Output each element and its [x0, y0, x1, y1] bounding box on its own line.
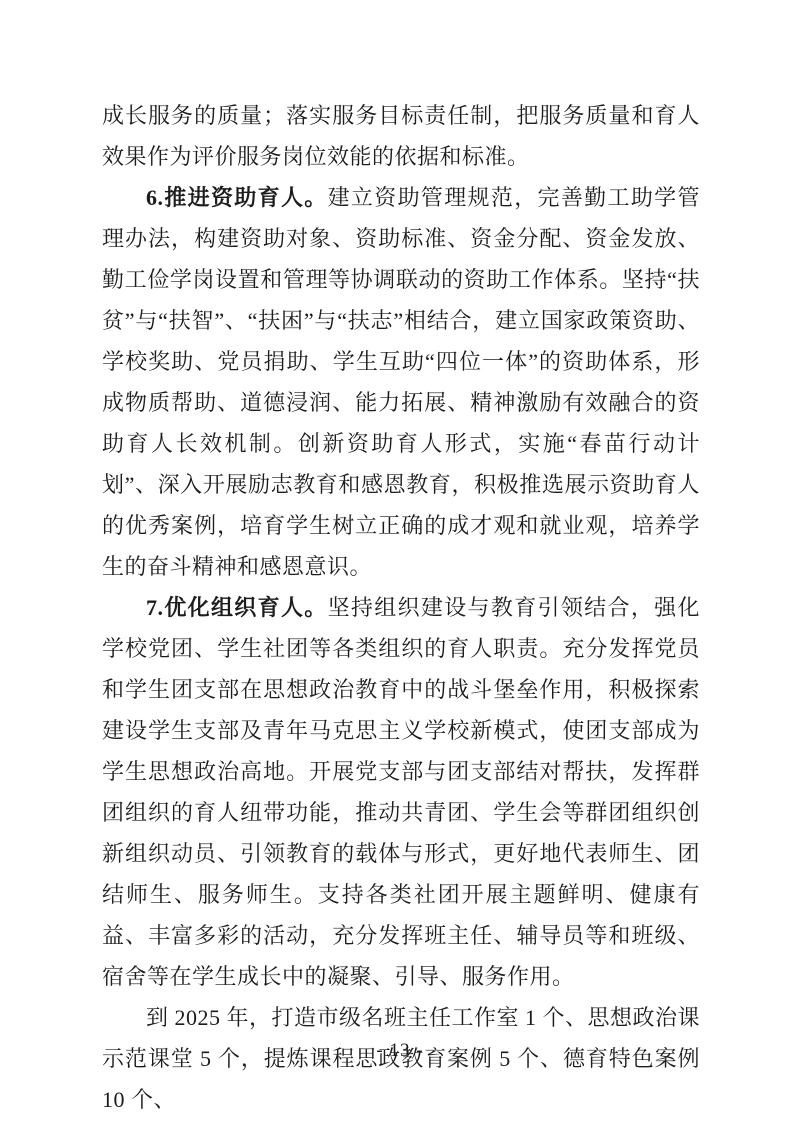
- section-6-heading: 6.推进资助育人。: [146, 185, 328, 210]
- paragraph-section-7: 7.优化组织育人。坚持组织建设与教育引领结合，强化学校党团、学生社团等各类组织的…: [102, 587, 700, 997]
- paragraph-section-6: 6.推进资助育人。建立资助管理规范，完善勤工助学管理办法，构建资助对象、资助标准…: [102, 177, 700, 587]
- paragraph-text: 坚持组织建设与教育引领结合，强化学校党团、学生社团等各类组织的育人职责。充分发挥…: [102, 595, 700, 989]
- paragraph-text: 建立资助管理规范，完善勤工助学管理办法，构建资助对象、资助标准、资金分配、资金发…: [102, 185, 700, 579]
- paragraph-continuation: 成长服务的质量；落实服务目标责任制，把服务质量和育人效果作为评价服务岗位效能的依…: [102, 95, 700, 177]
- document-page: 成长服务的质量；落实服务目标责任制，把服务质量和育人效果作为评价服务岗位效能的依…: [0, 0, 800, 1131]
- page-footer: - 13 -: [0, 1040, 800, 1062]
- document-body: 成长服务的质量；落实服务目标责任制，把服务质量和育人效果作为评价服务岗位效能的依…: [102, 95, 700, 1120]
- page-number: - 13 -: [376, 1040, 423, 1061]
- section-7-heading: 7.优化组织育人。: [146, 595, 328, 620]
- paragraph-text: 成长服务的质量；落实服务目标责任制，把服务质量和育人效果作为评价服务岗位效能的依…: [102, 103, 700, 169]
